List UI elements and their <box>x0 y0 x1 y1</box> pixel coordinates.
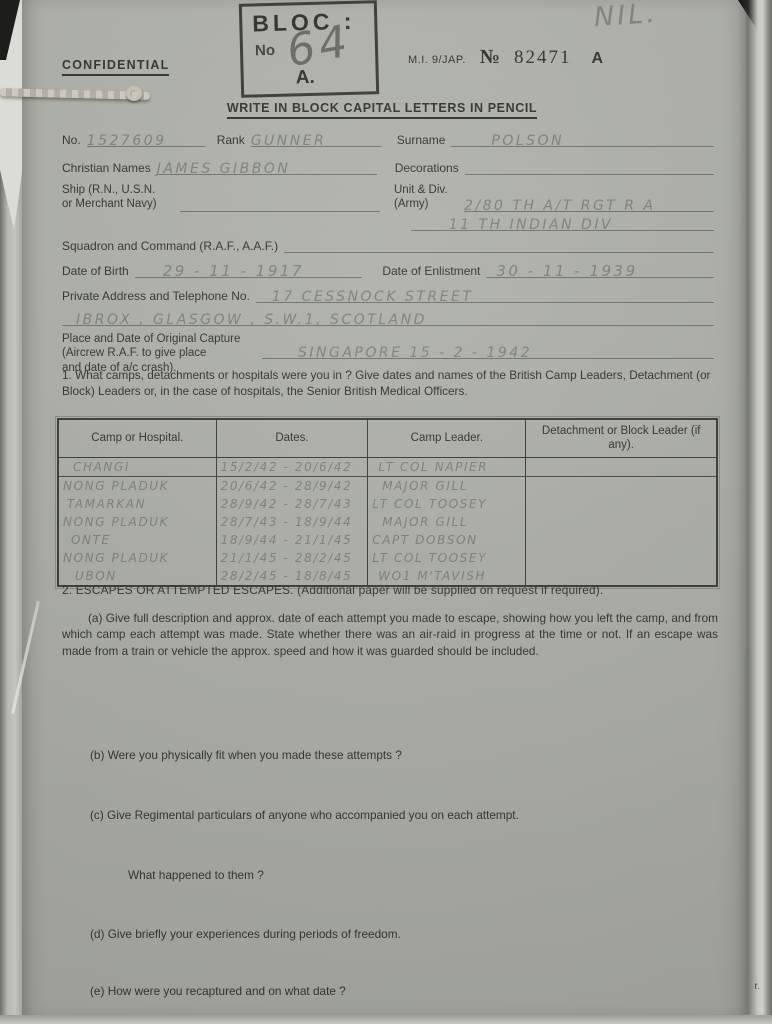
no-value: 1527609 <box>87 133 167 149</box>
leader-cell: LT COL TOOSEY <box>372 551 487 565</box>
form-instruction-text: WRITE IN BLOCK CAPITAL LETTERS IN PENCIL <box>227 101 537 119</box>
table-row: ONTE 18/9/44 - 21/1/45 CAPT DOBSON <box>58 531 717 549</box>
ship-label-line1: Ship (R.N., U.S.N. <box>62 184 155 196</box>
address-value-line2: IBROX , GLASGOW , S.W.1, SCOTLAND <box>76 312 427 328</box>
serial-no-label: № <box>480 46 500 69</box>
question-2c-followup: What happened to them ? <box>128 867 718 884</box>
christian-names-field: JAMES GIBBON <box>157 158 377 175</box>
dates-cell: 28/9/42 - 28/7/43 <box>221 497 353 511</box>
camp-cell: NONG PLADUK <box>63 515 169 529</box>
dates-cell: 15/2/42 - 20/6/42 <box>221 460 353 474</box>
leader-cell: MAJOR GILL <box>382 479 468 493</box>
rank-value: GUNNER <box>251 133 327 149</box>
dates-cell: 28/2/45 - 18/8/45 <box>221 569 353 583</box>
scanned-document-page: CONFIDENTIAL BLOC.: No A. 64 M.I. 9/JAP.… <box>0 0 772 1024</box>
section-2-heading: 2. ESCAPES OR ATTEMPTED ESCAPES. (Additi… <box>62 582 718 599</box>
row-unit-continued: 11 TH INDIAN DIV <box>62 214 714 231</box>
table-row: NONG PLADUK 28/7/43 - 18/9/44 MAJOR GILL <box>58 513 717 531</box>
enlistment-value: 30 - 11 - 1939 <box>496 262 637 280</box>
row-christian-decorations: Christian Names JAMES GIBBON Decorations <box>62 158 714 175</box>
question-2c: (c) Give Regimental particulars of anyon… <box>90 807 718 824</box>
surname-label: Surname <box>381 133 452 147</box>
camp-cell: NONG PLADUK <box>63 551 169 565</box>
camps-table-header-row: Camp or Hospital. Dates. Camp Leader. De… <box>58 419 717 457</box>
capture-label-line1: Place and Date of Original Capture <box>62 333 240 345</box>
address-field: 17 CESSNOCK STREET <box>256 286 714 303</box>
page-edge-bottom <box>0 1015 772 1024</box>
section-2: 2. ESCAPES OR ATTEMPTED ESCAPES. (Additi… <box>62 582 718 1000</box>
rank-field: GUNNER <box>251 130 381 147</box>
page-curl-edge-right <box>738 0 772 1024</box>
classification-label: CONFIDENTIAL <box>62 58 169 76</box>
col-dates: Dates. <box>216 419 368 457</box>
row-squadron: Squadron and Command (R.A.F., A.A.F.) <box>62 237 714 253</box>
binding-string-knot <box>126 86 142 101</box>
row-dob-enlistment: Date of Birth 29 - 11 - 1917 Date of Enl… <box>62 259 714 278</box>
table-row: NONG PLADUK 21/1/45 - 28/2/45 LT COL TOO… <box>58 549 717 567</box>
decorations-field <box>465 159 714 175</box>
table-row: NONG PLADUK 20/6/42 - 28/9/42 MAJOR GILL <box>58 476 717 495</box>
row-ship-unit: Ship (R.N., U.S.N. or Merchant Navy) Uni… <box>62 183 714 212</box>
serial-number: 82471 <box>514 47 572 69</box>
unit-div-value-line2: 11 TH INDIAN DIV <box>449 217 613 233</box>
capture-field: SINGAPORE 15 - 2 - 1942 <box>262 342 714 359</box>
ship-label-line2: or Merchant Navy) <box>62 198 157 210</box>
squadron-field <box>284 237 714 253</box>
no-field: 1527609 <box>87 130 205 147</box>
christian-names-value: JAMES GIBBON <box>157 161 291 177</box>
camp-cell: NONG PLADUK <box>63 479 169 493</box>
form-paper: CONFIDENTIAL BLOC.: No A. 64 M.I. 9/JAP.… <box>22 0 746 1018</box>
question-2e: (e) How were you recaptured and on what … <box>90 983 718 1000</box>
unit-div-field: 2/80 TH A/T RGT R A <box>464 195 714 212</box>
date-of-birth-field: 29 - 11 - 1917 <box>135 259 363 278</box>
enlistment-label: Date of Enlistment <box>362 264 486 278</box>
unit-div-field-line2: 11 TH INDIAN DIV <box>411 214 714 231</box>
row-no-rank-surname: No. 1527609 Rank GUNNER Surname POLSON <box>62 130 714 147</box>
leader-cell: WO1 M'TAVISH <box>378 569 486 583</box>
ship-label: Ship (R.N., U.S.N. or Merchant Navy) <box>62 183 180 212</box>
camp-cell: ONTE <box>71 533 111 547</box>
table-row: TAMARKAN 28/9/42 - 28/7/43 LT COL TOOSEY <box>58 495 717 513</box>
handwritten-nil-note: NIL. <box>593 0 659 33</box>
leader-cell: CAPT DOBSON <box>372 533 478 547</box>
stamp-text-no: No <box>255 42 275 60</box>
camps-table: Camp or Hospital. Dates. Camp Leader. De… <box>57 418 718 587</box>
block-number-stamp: BLOC.: No A. 64 <box>239 0 379 98</box>
dates-cell: 21/1/45 - 28/2/45 <box>221 551 353 565</box>
no-label: No. <box>62 133 87 147</box>
table-row: CHANGI 15/2/42 - 20/6/42 LT COL NAPIER <box>58 457 717 476</box>
capture-label-line2: (Aircrew R.A.F. to give place <box>62 347 206 359</box>
ship-field <box>180 196 380 212</box>
unit-div-label: Unit & Div. (Army) <box>380 183 464 212</box>
question-1: 1. What camps, detachments or hospitals … <box>62 368 718 400</box>
handwritten-block-number: 64 <box>283 15 355 77</box>
unit-div-value-line1: 2/80 TH A/T RGT R A <box>464 198 656 214</box>
decorations-label: Decorations <box>377 161 465 175</box>
row-address: Private Address and Telephone No. 17 CES… <box>62 286 714 303</box>
surname-field: POLSON <box>451 130 714 147</box>
question-2b: (b) Were you physically fit when you mad… <box>90 747 718 764</box>
camp-cell: CHANGI <box>73 460 130 474</box>
serial-suffix: A <box>591 50 603 68</box>
camps-table-wrap: Camp or Hospital. Dates. Camp Leader. De… <box>57 418 718 587</box>
address-value-line1: 17 CESSNOCK STREET <box>272 289 473 305</box>
dates-cell: 28/7/43 - 18/9/44 <box>221 515 353 529</box>
form-reference: M.I. 9/JAP. <box>408 54 466 66</box>
christian-names-label: Christian Names <box>62 161 157 175</box>
surname-value: POLSON <box>491 133 564 149</box>
address-field-line2: IBROX , GLASGOW , S.W.1, SCOTLAND <box>62 309 714 326</box>
col-detachment-leader: Detachment or Block Leader (if any). <box>526 419 717 457</box>
dates-cell: 18/9/44 - 21/1/45 <box>221 533 353 547</box>
enlistment-field: 30 - 11 - 1939 <box>486 259 714 278</box>
col-camp-or-hospital: Camp or Hospital. <box>58 419 216 457</box>
camp-cell: UBON <box>75 569 117 583</box>
date-of-birth-label: Date of Birth <box>62 264 135 278</box>
unit-div-label-line2: (Army) <box>394 198 429 210</box>
date-of-birth-value: 29 - 11 - 1917 <box>163 262 304 280</box>
address-label: Private Address and Telephone No. <box>62 289 256 303</box>
form-reference-row: M.I. 9/JAP. № 82471 A <box>408 46 603 69</box>
capture-value: SINGAPORE 15 - 2 - 1942 <box>298 345 532 361</box>
rank-label: Rank <box>205 133 251 147</box>
col-camp-leader: Camp Leader. <box>368 419 526 457</box>
leader-cell: LT COL NAPIER <box>378 460 488 474</box>
form-instruction: WRITE IN BLOCK CAPITAL LETTERS IN PENCIL <box>172 99 592 117</box>
question-2d: (d) Give briefly your experiences during… <box>90 926 718 943</box>
dates-cell: 20/6/42 - 28/9/42 <box>221 479 353 493</box>
row-address-continued: IBROX , GLASGOW , S.W.1, SCOTLAND <box>62 309 714 326</box>
leader-cell: LT COL TOOSEY <box>372 497 487 511</box>
margin-note: r. <box>754 981 760 992</box>
question-2a: (a) Give full description and approx. da… <box>62 610 718 660</box>
leader-cell: MAJOR GILL <box>382 515 468 529</box>
personal-details-form: No. 1527609 Rank GUNNER Surname POLSON C… <box>62 130 714 375</box>
camp-cell: TAMARKAN <box>67 497 146 511</box>
unit-div-label-line1: Unit & Div. <box>394 184 447 196</box>
squadron-label: Squadron and Command (R.A.F., A.A.F.) <box>62 239 284 253</box>
